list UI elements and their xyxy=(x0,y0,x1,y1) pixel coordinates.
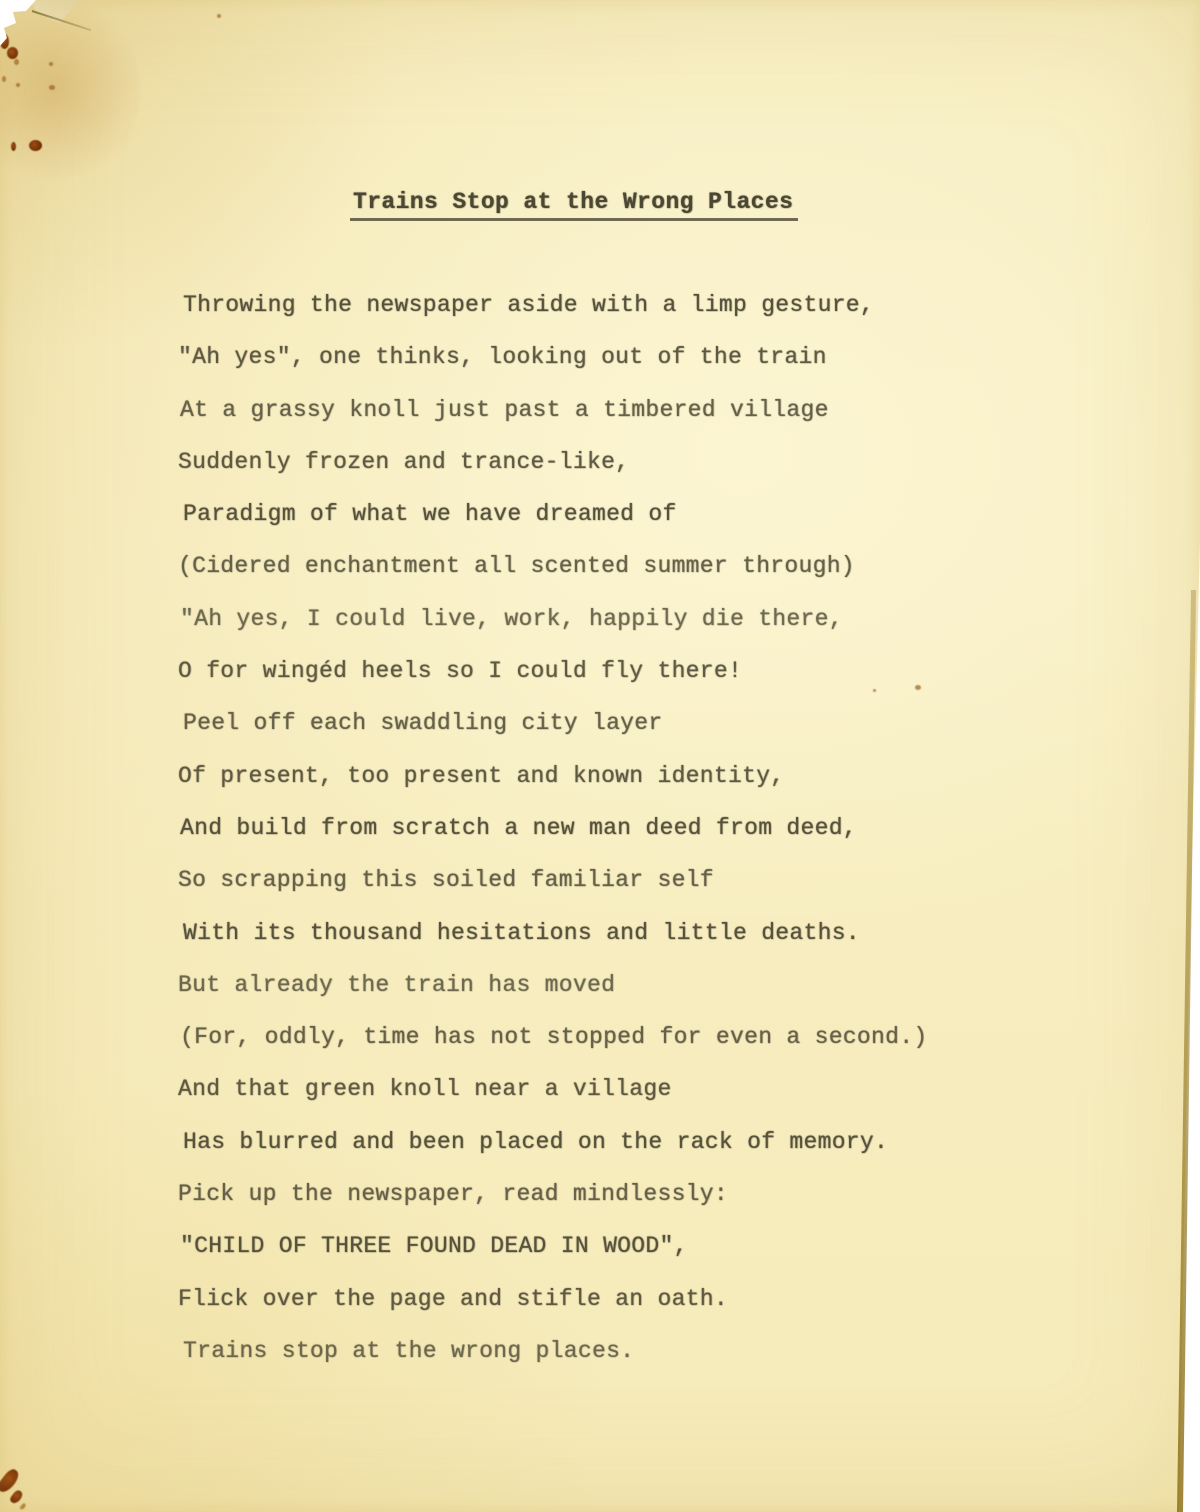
poem-line: "Ah yes", one thinks, looking out of the… xyxy=(178,344,925,396)
poem-line: But already the train has moved xyxy=(178,972,925,1024)
rust-stain xyxy=(2,76,6,82)
rust-stain xyxy=(16,83,20,87)
poem-title: Trains Stop at the Wrong Places xyxy=(350,189,798,221)
poem-line: Suddenly frozen and trance-like, xyxy=(178,449,925,501)
rust-stain xyxy=(29,140,42,151)
poem-line: Trains stop at the wrong places. xyxy=(183,1338,930,1390)
poem-body: Throwing the newspaper aside with a limp… xyxy=(180,292,927,1390)
poem-line: (For, oddly, time has not stopped for ev… xyxy=(180,1024,927,1076)
rust-stain xyxy=(49,85,55,90)
poem-line: "Ah yes, I could live, work, happily die… xyxy=(180,606,927,658)
rust-stain xyxy=(0,34,9,49)
poem-line: Paradigm of what we have dreamed of xyxy=(183,501,930,553)
rust-stain xyxy=(7,47,18,59)
poem-line: And build from scratch a new man deed fr… xyxy=(180,815,927,867)
poem-line: So scrapping this soiled familiar self xyxy=(178,867,925,919)
rust-stain xyxy=(49,62,53,66)
rust-stain xyxy=(19,1503,26,1511)
stain-halo xyxy=(0,0,140,190)
poem-line: Has blurred and been placed on the rack … xyxy=(183,1129,930,1181)
scan-background: Trains Stop at the Wrong Places Throwing… xyxy=(0,0,1200,1512)
rust-stain xyxy=(11,142,16,151)
poem-line: Pick up the newspaper, read mindlessly: xyxy=(178,1181,925,1233)
poem-line: With its thousand hesitations and little… xyxy=(183,920,930,972)
poem-line: Flick over the page and stifle an oath. xyxy=(178,1286,925,1338)
speck xyxy=(217,14,221,18)
poem-line: O for wingéd heels so I could fly there! xyxy=(178,658,925,710)
poem-line: "CHILD OF THREE FOUND DEAD IN WOOD", xyxy=(180,1233,927,1285)
poem-line: Throwing the newspaper aside with a limp… xyxy=(183,292,930,344)
rust-stain xyxy=(14,59,19,65)
poem-line: At a grassy knoll just past a timbered v… xyxy=(180,397,927,449)
poem-line: Of present, too present and known identi… xyxy=(178,763,925,815)
poem-line: Peel off each swaddling city layer xyxy=(183,710,930,762)
poem-line: (Cidered enchantment all scented summer … xyxy=(178,553,925,605)
paper-sheet: Trains Stop at the Wrong Places Throwing… xyxy=(0,0,1200,1512)
poem-line: And that green knoll near a village xyxy=(178,1076,925,1128)
